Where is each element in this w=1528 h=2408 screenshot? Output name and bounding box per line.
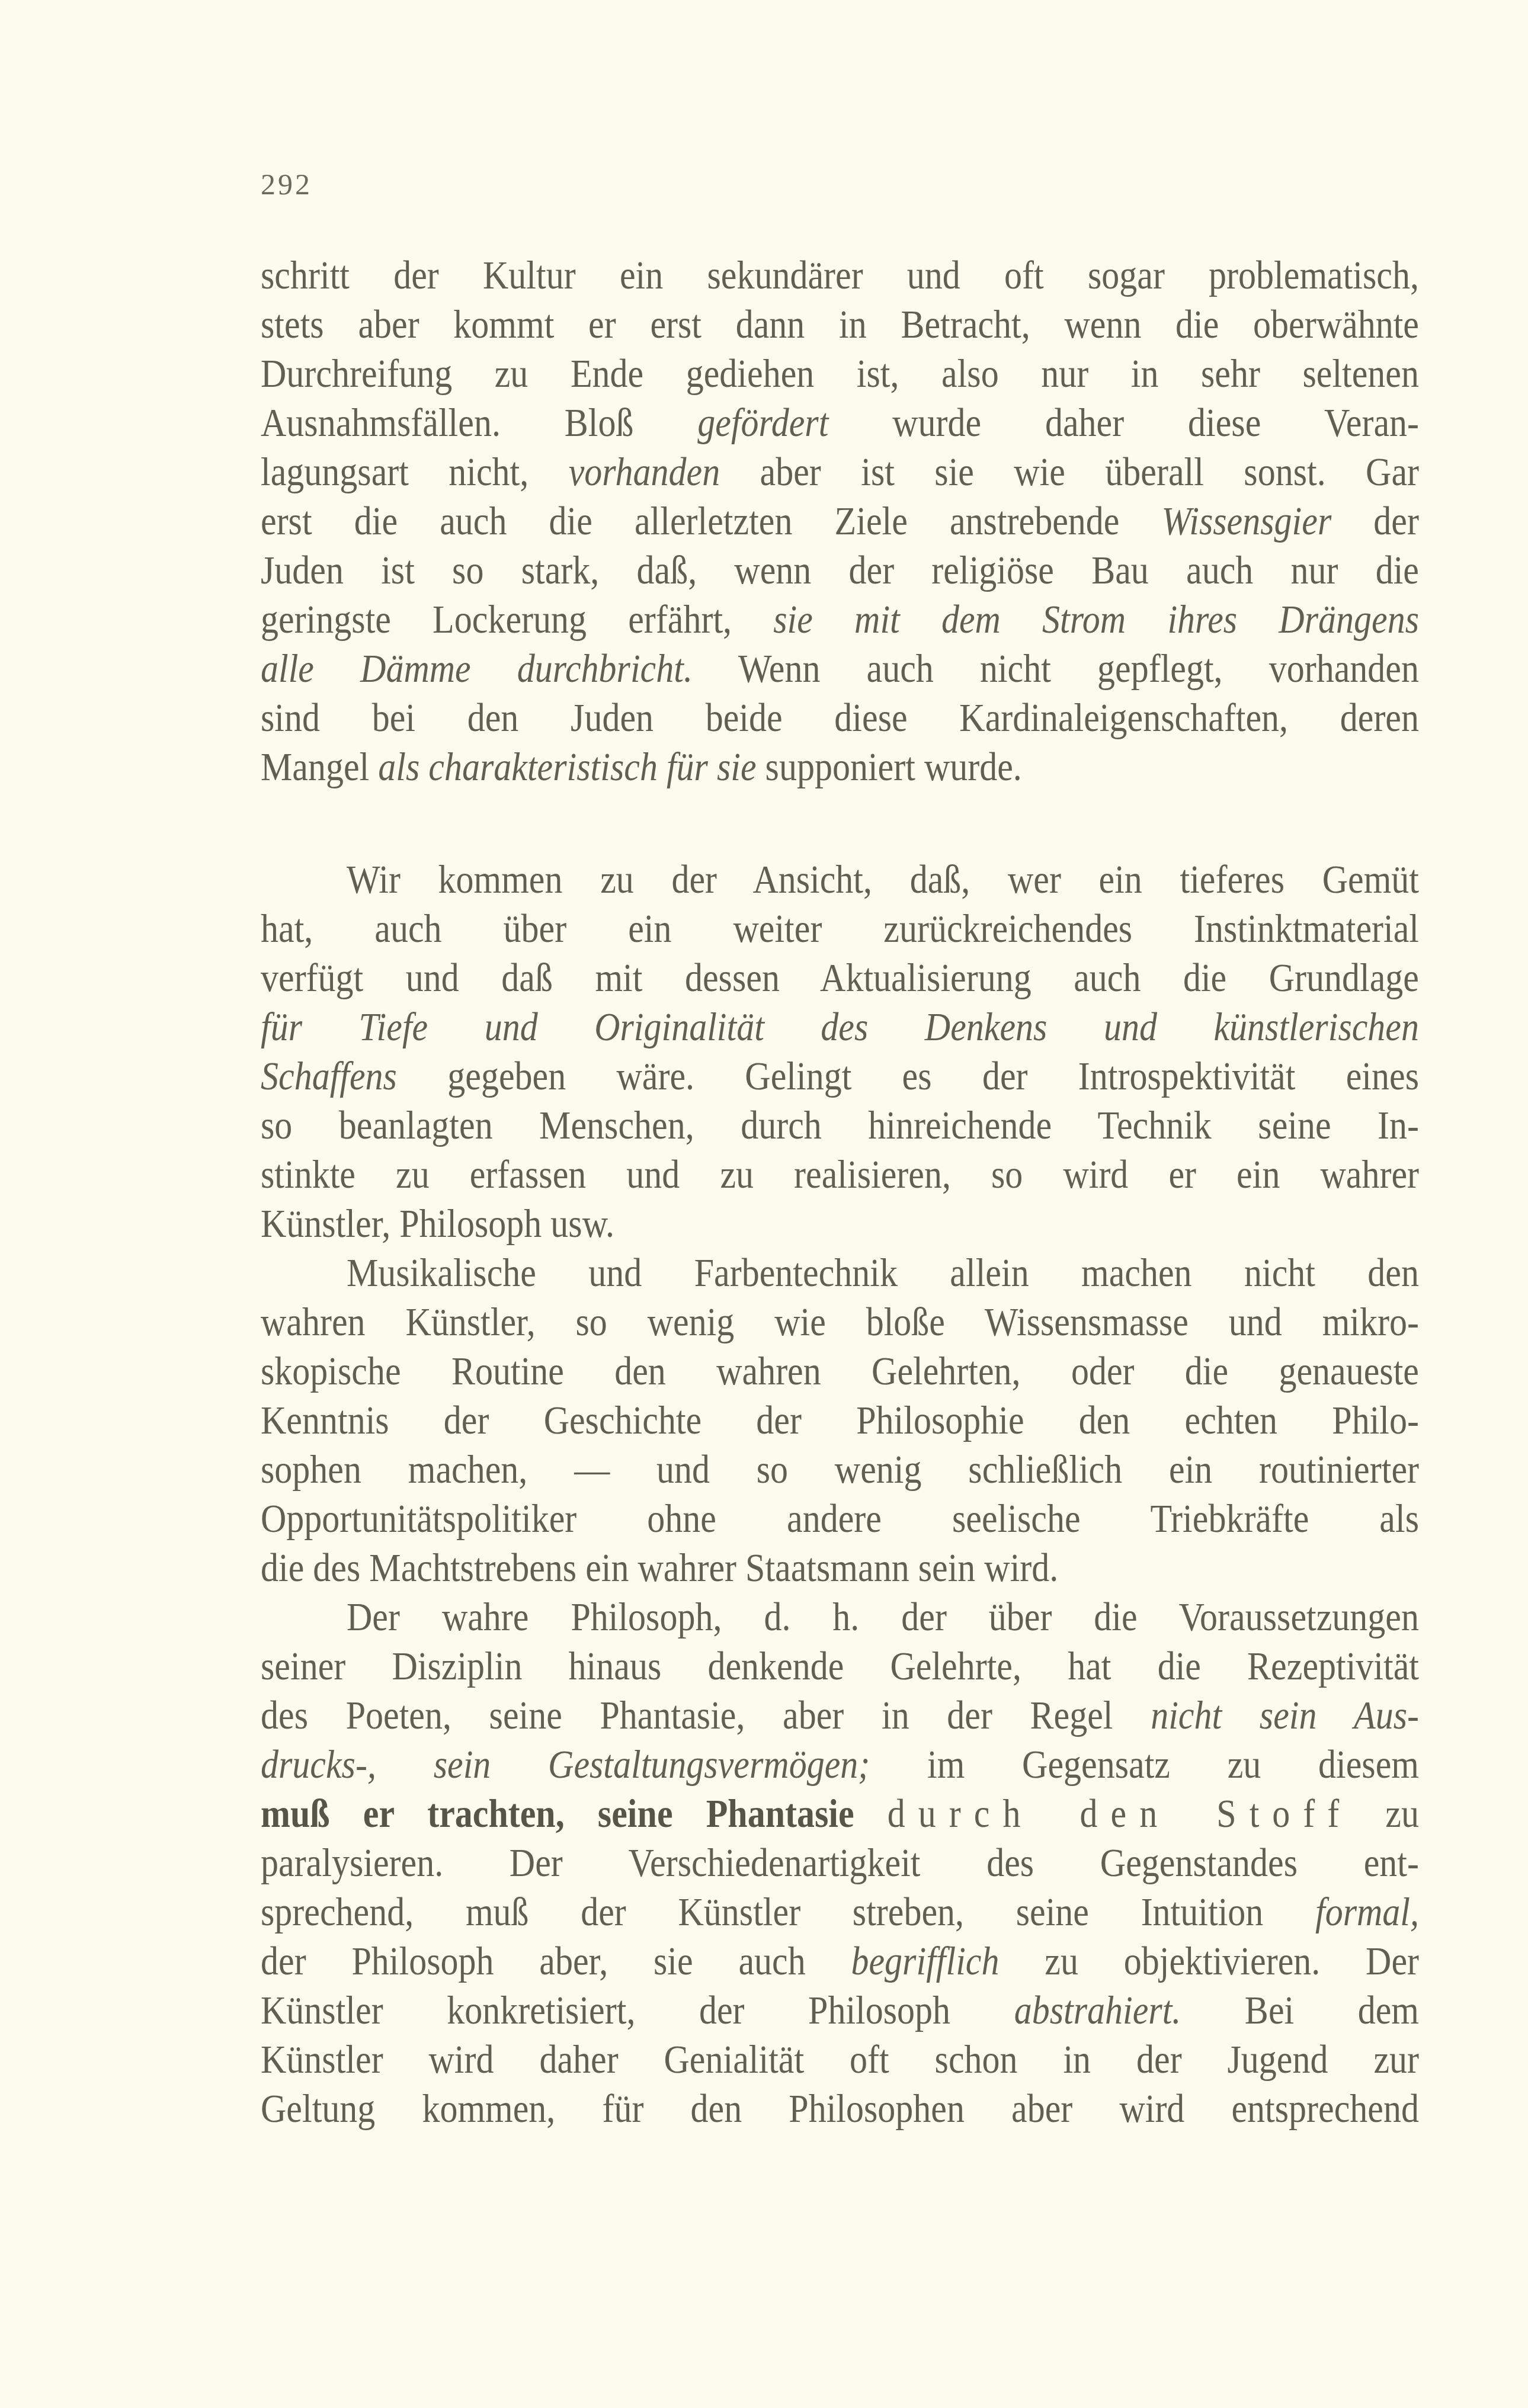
spaced-emphasis-text: durch den Stoff <box>888 1792 1352 1836</box>
text-line: die des Machtstrebens ein wahrer Staatsm… <box>261 1541 1419 1595</box>
text-line: stets aber kommt er erst dann in Betrach… <box>261 298 1419 351</box>
text-segment: seiner Disziplin hinaus denkende Gelehrt… <box>261 1644 1419 1688</box>
emphasis-text: begrifflich <box>851 1939 999 1983</box>
text-line: des Poeten, seine Phantasie, aber in der… <box>261 1689 1419 1742</box>
emphasis-text: formal, <box>1315 1890 1419 1934</box>
text-segment: Künstler wird daher Genialität oft schon… <box>261 2038 1419 2082</box>
text-line: der Philosoph aber, sie auch begrifflich… <box>261 1935 1419 1988</box>
text-line: so beanlagten Menschen, durch hinreichen… <box>261 1099 1419 1152</box>
text-segment: stets aber kommt er erst dann in Betrach… <box>261 303 1419 347</box>
text-segment: skopische Routine den wahren Gelehrten, … <box>261 1349 1419 1393</box>
page-number: 292 <box>261 167 312 201</box>
text-segment: wahren Künstler, so wenig wie bloße Wiss… <box>261 1300 1419 1344</box>
text-segment: sprechend, muß der Künstler streben, sei… <box>261 1890 1315 1934</box>
text-segment: Juden ist so stark, daß, wenn der religi… <box>261 549 1419 592</box>
text-line: Geltung kommen, für den Philosophen aber… <box>261 2082 1419 2136</box>
text-line: skopische Routine den wahren Gelehrten, … <box>261 1345 1419 1398</box>
text-line: Ausnahmsfällen. Bloß gefördert wurde dah… <box>261 396 1419 450</box>
text-line: paralysieren. Der Verschiedenartigkeit d… <box>261 1836 1419 1890</box>
text-line: lagungsart nicht, vorhanden aber ist sie… <box>261 445 1419 499</box>
text-line: Künstler wird daher Genialität oft schon… <box>261 2033 1419 2086</box>
text-segment: Wenn auch nicht gepflegt, vorhanden <box>693 647 1419 691</box>
text-segment: paralysieren. Der Verschiedenartigkeit d… <box>261 1841 1419 1885</box>
text-segment: wurde daher diese Veran- <box>828 401 1419 445</box>
emphasis-text: gefördert <box>697 401 828 445</box>
text-line: muß er trachten, seine Phantasie durch d… <box>261 1787 1419 1841</box>
text-line: Opportunitätspolitiker ohne andere seeli… <box>261 1492 1419 1546</box>
text-segment: Musikalische und Farbentechnik allein ma… <box>347 1251 1419 1295</box>
text-segment: Bei dem <box>1181 1989 1419 2032</box>
text-segment: so beanlagten Menschen, durch hinreichen… <box>261 1104 1419 1147</box>
text-segment: Ausnahmsfällen. Bloß <box>261 401 697 445</box>
text-segment: zu objektivieren. Der <box>999 1939 1419 1983</box>
text-line: seiner Disziplin hinaus denkende Gelehrt… <box>261 1640 1419 1693</box>
text-line: Durchreifung zu Ende gediehen ist, also … <box>261 347 1419 400</box>
text-segment: Durchreifung zu Ende gediehen ist, also … <box>261 352 1419 396</box>
bold-text: muß er trachten, seine Phantasie <box>261 1792 888 1836</box>
text-segment: stinkte zu erfassen und zu realisieren, … <box>261 1153 1419 1197</box>
text-segment: der <box>1331 499 1419 543</box>
text-line: sind bei den Juden beide diese Kardinale… <box>261 691 1419 745</box>
text-line: hat, auch über ein weiter zurückreichend… <box>261 902 1419 955</box>
text-line: drucks-, sein Gestaltungsvermögen; im Ge… <box>261 1738 1419 1791</box>
text-line: sprechend, muß der Künstler streben, sei… <box>261 1886 1419 1939</box>
text-segment: sind bei den Juden beide diese Kardinale… <box>261 696 1419 740</box>
text-line: erst die auch die allerletzten Ziele ans… <box>261 495 1419 548</box>
emphasis-text: drucks-, sein Gestaltungsvermögen; <box>261 1743 870 1787</box>
text-line: sophen machen, — und so wenig schließlic… <box>261 1443 1419 1496</box>
text-line: geringste Lockerung erfährt, sie mit dem… <box>261 593 1419 646</box>
emphasis-text: sie mit dem Strom ihres Drängens <box>773 598 1419 642</box>
text-line: stinkte zu erfassen und zu realisieren, … <box>261 1148 1419 1201</box>
text-line: wahren Künstler, so wenig wie bloße Wiss… <box>261 1296 1419 1349</box>
text-segment: Künstler konkretisiert, der Philosoph <box>261 1989 1014 2032</box>
text-segment: des Poeten, seine Phantasie, aber in der… <box>261 1694 1151 1737</box>
text-segment: im Gegensatz zu diesem <box>870 1743 1419 1787</box>
text-segment: erst die auch die allerletzten Ziele ans… <box>261 499 1162 543</box>
text-line: schritt der Kultur ein sekundärer und of… <box>261 249 1419 302</box>
text-segment: lagungsart nicht, <box>261 450 569 494</box>
paragraph-first-line: Der wahre Philosoph, d. h. der über die … <box>261 1591 1419 1644</box>
text-segment: supponiert wurde. <box>757 745 1022 789</box>
paragraph-first-line: Wir kommen zu der Ansicht, daß, wer ein … <box>261 853 1419 906</box>
paragraph-first-line: Musikalische und Farbentechnik allein ma… <box>261 1246 1419 1300</box>
emphasis-text: vorhanden <box>569 450 720 494</box>
text-line: Juden ist so stark, daß, wenn der religi… <box>261 544 1419 597</box>
text-line: für Tiefe und Originalität des Denkens u… <box>261 1001 1419 1054</box>
text-line: Künstler, Philosoph usw. <box>261 1197 1419 1251</box>
text-segment: Opportunitätspolitiker ohne andere seeli… <box>261 1497 1419 1541</box>
text-segment: Mangel <box>261 745 378 789</box>
emphasis-text: Schaffens <box>261 1054 397 1098</box>
text-segment: Künstler, Philosoph usw. <box>261 1202 614 1246</box>
text-segment: geringste Lockerung erfährt, <box>261 598 773 642</box>
emphasis-text: alle Dämme durchbricht. <box>261 647 693 691</box>
emphasis-text: für Tiefe und Originalität des Denkens u… <box>261 1005 1419 1049</box>
text-segment: Der wahre Philosoph, d. h. der über die … <box>347 1595 1419 1639</box>
text-line: Künstler konkretisiert, der Philosoph ab… <box>261 1984 1419 2037</box>
text-segment: schritt der Kultur ein sekundärer und of… <box>261 254 1419 297</box>
emphasis-text: Wissensgier <box>1162 499 1332 543</box>
text-segment: Kenntnis der Geschichte der Philosophie … <box>261 1399 1419 1442</box>
text-line: Schaffens gegeben wäre. Gelingt es der I… <box>261 1050 1419 1103</box>
text-segment: hat, auch über ein weiter zurückreichend… <box>261 907 1419 951</box>
text-line: Kenntnis der Geschichte der Philosophie … <box>261 1394 1419 1447</box>
text-line: alle Dämme durchbricht. Wenn auch nicht … <box>261 642 1419 695</box>
text-segment: Wir kommen zu der Ansicht, daß, wer ein … <box>347 858 1419 902</box>
text-line: verfügt und daß mit dessen Aktualisierun… <box>261 951 1419 1005</box>
emphasis-text: nicht sein Aus- <box>1151 1694 1419 1737</box>
text-segment: gegeben wäre. Gelingt es der Introspekti… <box>397 1054 1419 1098</box>
text-segment: Geltung kommen, für den Philosophen aber… <box>261 2087 1419 2131</box>
emphasis-text: abstrahiert. <box>1014 1989 1181 2032</box>
text-segment: der Philosoph aber, sie auch <box>261 1939 851 1983</box>
text-segment: sophen machen, — und so wenig schließlic… <box>261 1448 1419 1492</box>
text-segment: zu <box>1352 1792 1419 1836</box>
text-line: Mangel als charakteristisch für sie supp… <box>261 740 1419 794</box>
text-segment: verfügt und daß mit dessen Aktualisierun… <box>261 956 1419 1000</box>
emphasis-text: als charakteristisch für sie <box>378 745 756 789</box>
text-segment: die des Machtstrebens ein wahrer Staatsm… <box>261 1546 1058 1590</box>
text-segment: aber ist sie wie überall sonst. Gar <box>720 450 1419 494</box>
